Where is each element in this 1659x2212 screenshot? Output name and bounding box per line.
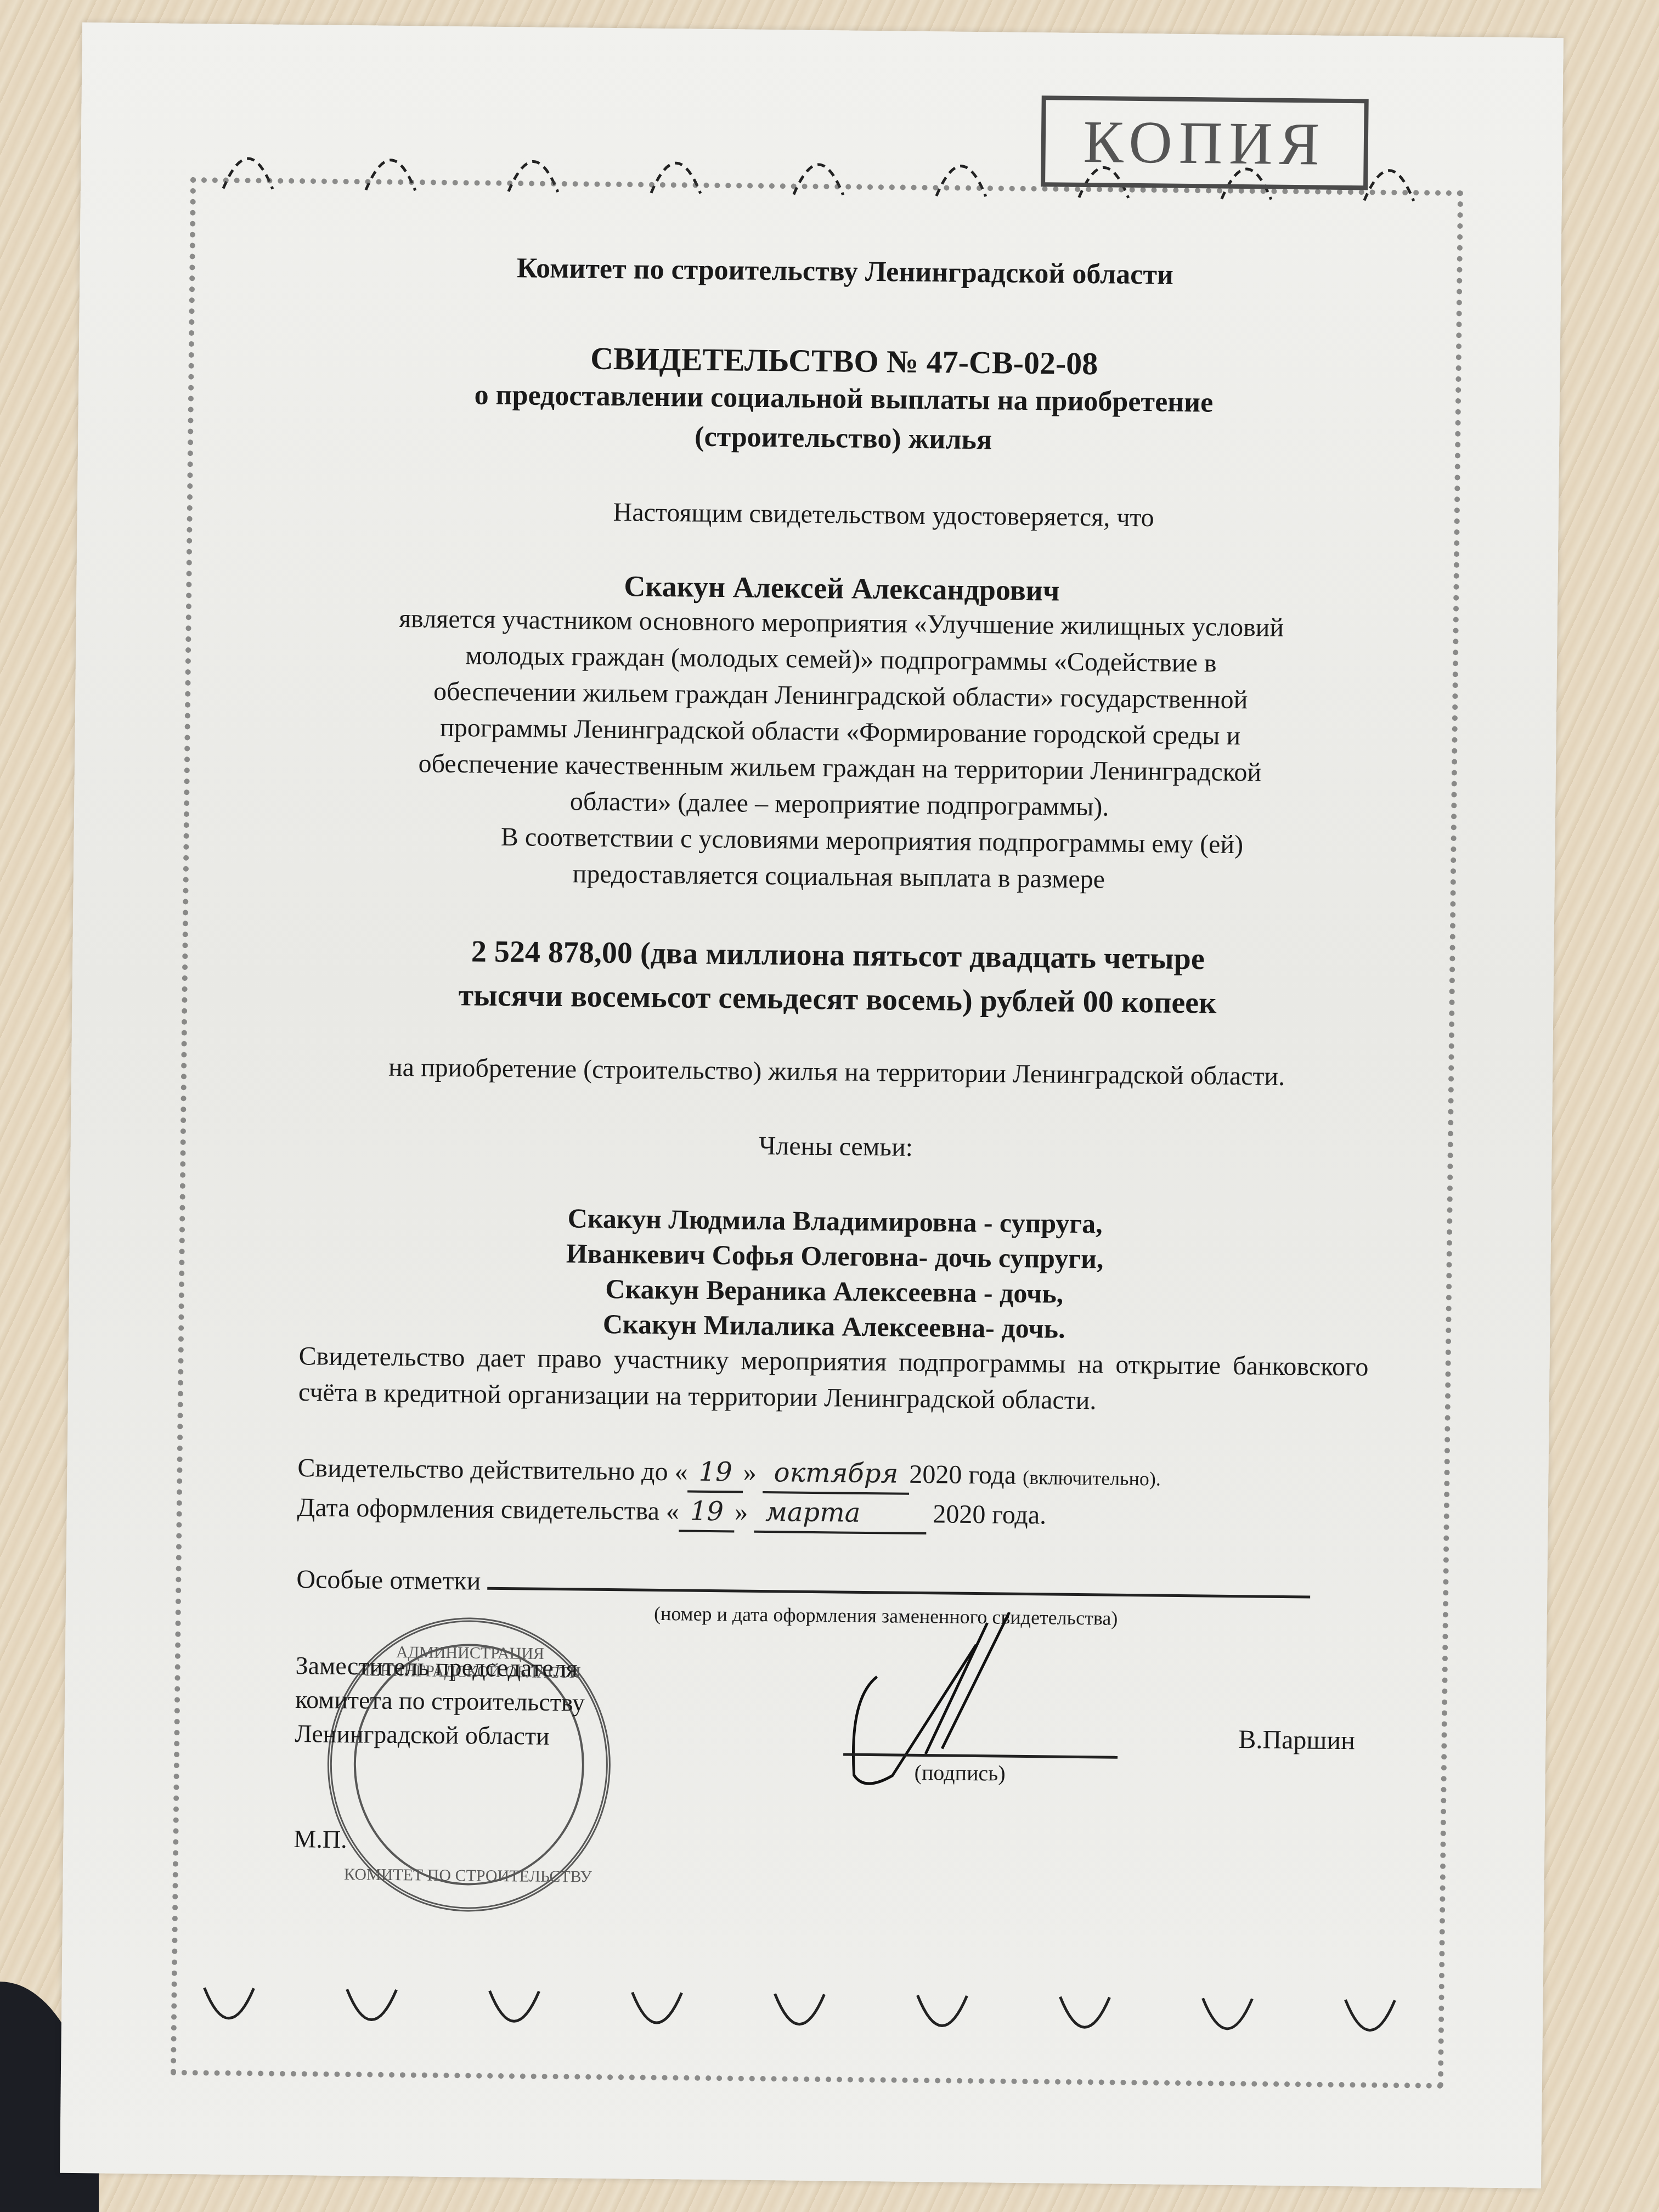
decorative-border-bottom <box>182 1982 1422 2061</box>
signatory-title-line: Заместитель председателя <box>295 1649 585 1686</box>
quote: » <box>735 1497 748 1526</box>
special-marks-label: Особые отметки <box>296 1565 481 1596</box>
issue-day: 19 <box>679 1492 735 1532</box>
seal-place-label: М.П. <box>294 1824 347 1854</box>
valid-until-year: 2020 года <box>909 1460 1016 1490</box>
signature-caption: (подпись) <box>915 1759 1006 1786</box>
valid-until-label: Свидетельство действительно до « <box>297 1453 688 1486</box>
signatory-title-line: комитета по строительству <box>295 1683 585 1720</box>
valid-until-day: 19 <box>687 1453 743 1493</box>
family-heading: Члены семьи: <box>301 1123 1371 1170</box>
issue-label: Дата оформления свидетельства « <box>297 1493 679 1526</box>
seal-text-bottom: КОМИТЕТ ПО СТРОИТЕЛЬСТВУ <box>331 1865 605 1887</box>
handwritten-signature <box>842 1611 1119 1844</box>
signatory-title: Заместитель председателя комитета по стр… <box>295 1649 585 1754</box>
purpose-text: на приобретение (строительство) жилья на… <box>302 1048 1372 1096</box>
special-marks-line <box>487 1587 1310 1599</box>
participation-text: является участником основного мероприяти… <box>304 600 1376 900</box>
quote: » <box>743 1458 757 1487</box>
rights-text: Свидетельство дает право участнику мероп… <box>298 1338 1369 1421</box>
copy-stamp: КОПИЯ <box>1041 95 1369 190</box>
intro-text: Настоящим свидетельством удостоверяется,… <box>307 491 1378 538</box>
payment-amount: 2 524 878,00 (два миллиона пятьсот двадц… <box>302 928 1373 1026</box>
issue-month: марта <box>754 1493 927 1534</box>
organization-name: Комитет по строительству Ленинградской о… <box>310 250 1380 293</box>
signatory-name: В.Паршин <box>1238 1724 1355 1756</box>
inclusive-note: (включительно). <box>1023 1466 1161 1490</box>
valid-until-month: октября <box>763 1454 909 1495</box>
family-members: Скакун Людмила Владимировна - супруга, И… <box>299 1198 1370 1349</box>
signature-block: АДМИНИСТРАЦИЯ ЛЕНИНГРАДСКОЙ ОБЛАСТИ КОМИ… <box>294 1638 1365 1879</box>
signatory-title-line: Ленинградской области <box>295 1717 585 1754</box>
certificate-document: КОПИЯ Комитет по строительству Ленинград… <box>60 22 1564 2188</box>
issue-year: 2020 года. <box>933 1499 1046 1530</box>
certificate-content: Комитет по строительству Ленинградской о… <box>294 233 1380 1879</box>
